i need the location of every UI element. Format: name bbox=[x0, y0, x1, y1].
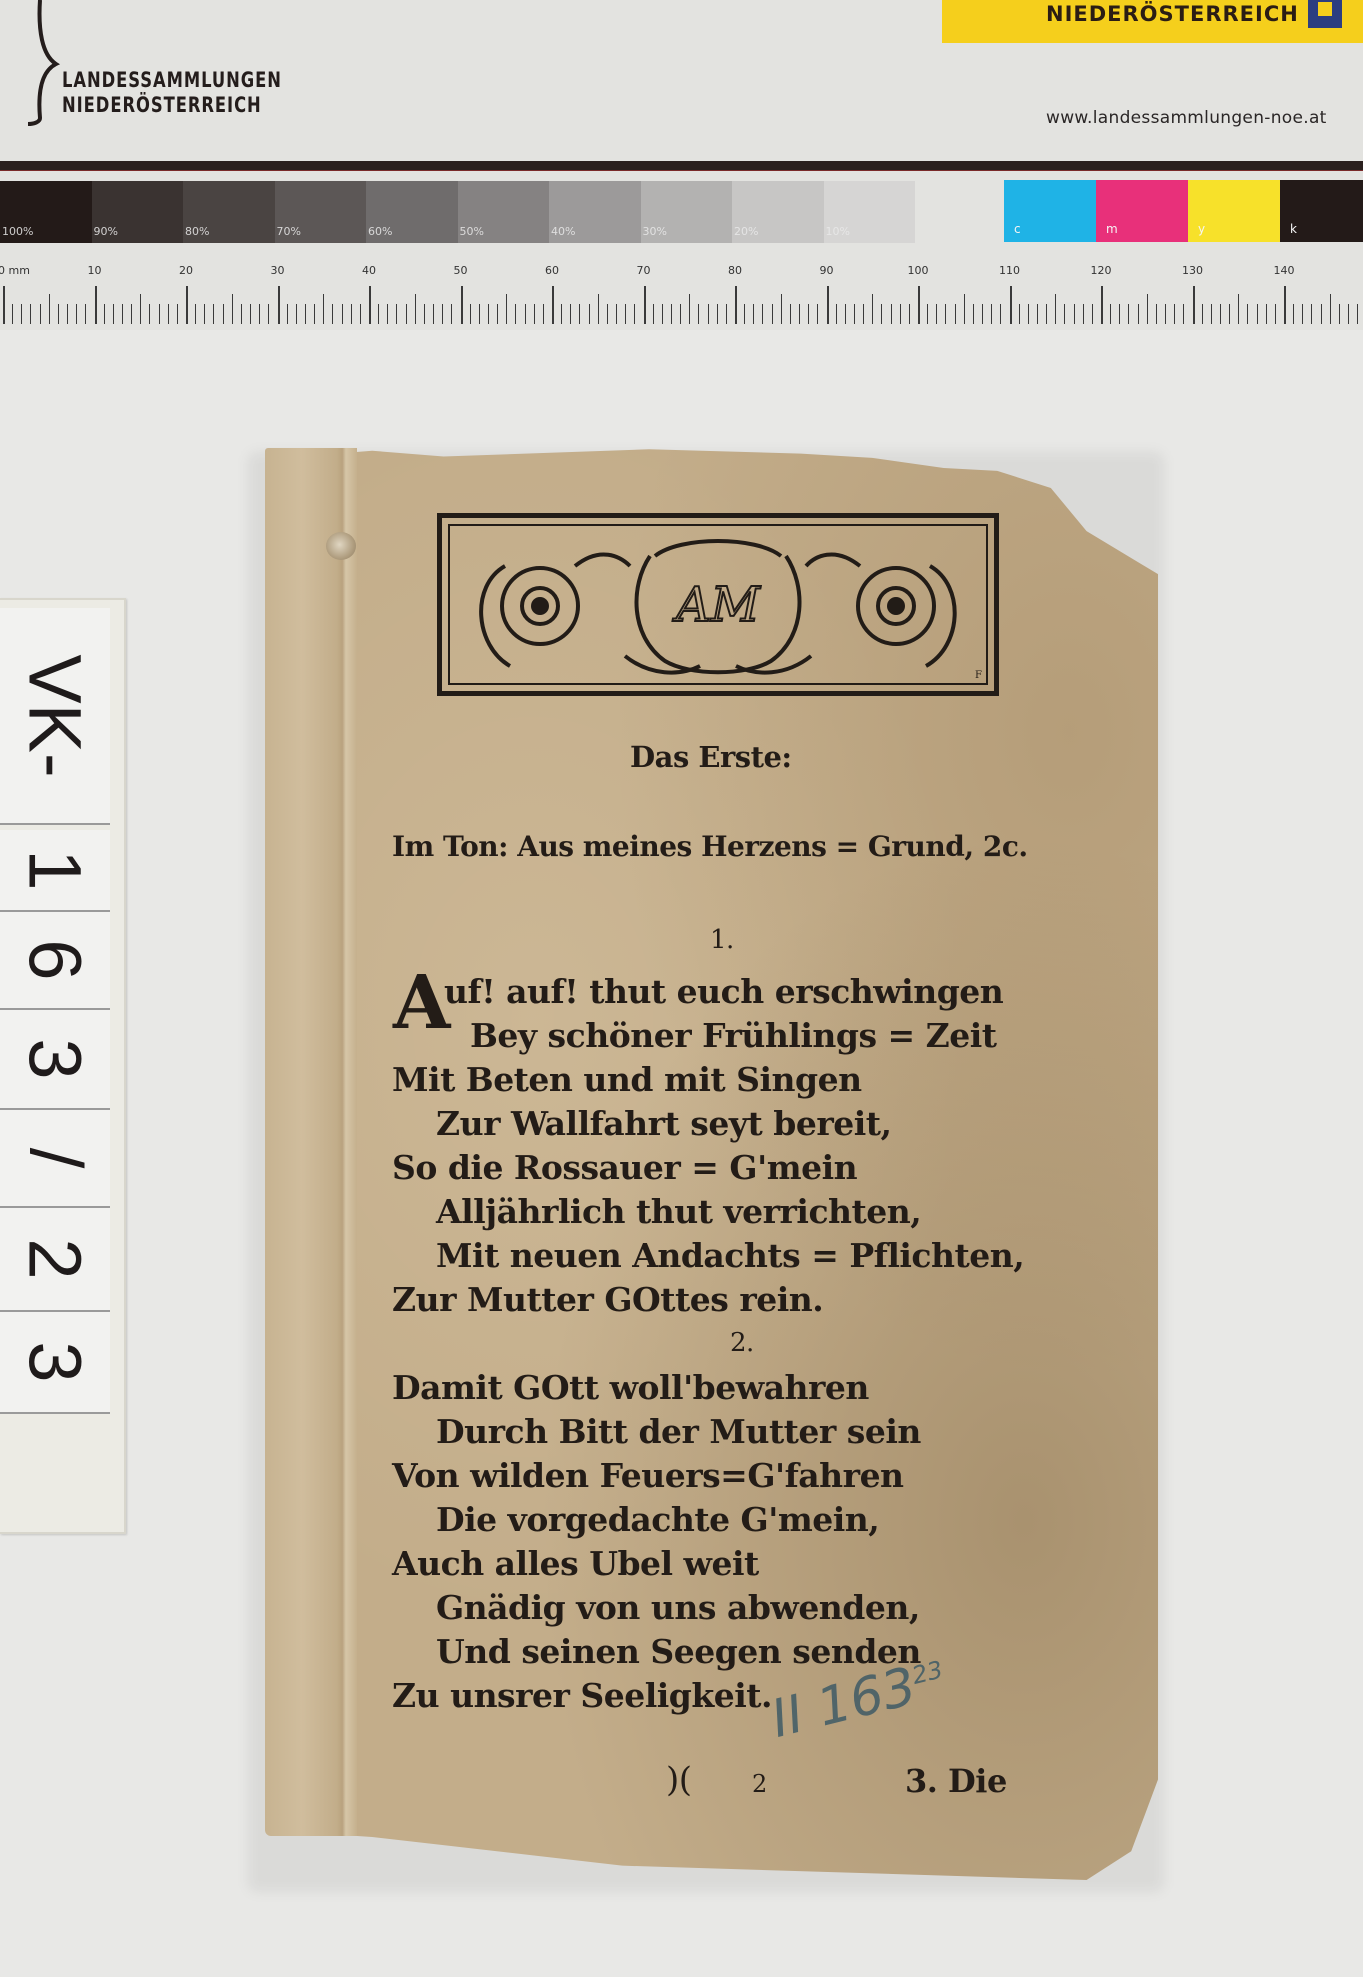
ruler-tick bbox=[1211, 304, 1212, 324]
gray-step: 30% bbox=[641, 181, 733, 243]
ruler-tick bbox=[1028, 304, 1029, 324]
ruler-tick bbox=[104, 304, 105, 324]
ruler-tick bbox=[1010, 286, 1012, 324]
verse-line: Die vorgedachte G'mein, bbox=[392, 1498, 921, 1542]
ruler-tick bbox=[662, 304, 663, 324]
gray-step: 50% bbox=[458, 181, 550, 243]
state-banner-text: NIEDERÖSTERREICH bbox=[1046, 2, 1299, 26]
ruler-tick bbox=[708, 304, 709, 324]
ruler-tick bbox=[680, 304, 681, 324]
ruler-tick bbox=[250, 304, 251, 324]
ruler-tick bbox=[991, 304, 992, 324]
ruler-number: 130 bbox=[1182, 264, 1203, 277]
divider-rule bbox=[0, 161, 1363, 171]
gray-step: 60% bbox=[366, 181, 458, 243]
state-emblem-icon bbox=[1308, 0, 1342, 28]
gray-step: 10% bbox=[824, 181, 916, 243]
ruler-tick bbox=[21, 304, 22, 324]
ruler-tick bbox=[314, 304, 315, 324]
verse-line: Bey schöner Frühlings = Zeit bbox=[444, 1014, 1003, 1058]
ruler-tick bbox=[204, 304, 205, 324]
ruler-number: 60 bbox=[545, 264, 559, 277]
ruler-tick bbox=[909, 304, 910, 324]
ruler-tick bbox=[442, 304, 443, 324]
ruler-tick bbox=[552, 286, 554, 324]
ruler-tick bbox=[479, 304, 480, 324]
ruler-tick bbox=[268, 304, 269, 324]
ruler-tick bbox=[332, 304, 333, 324]
label-tile: VK- bbox=[0, 608, 110, 825]
ruler-tick bbox=[653, 304, 654, 324]
ruler-tick bbox=[76, 304, 77, 324]
gray-step-label: 60% bbox=[368, 225, 392, 238]
ruler-tick bbox=[744, 304, 745, 324]
ruler-tick bbox=[213, 304, 214, 324]
ruler-tick bbox=[945, 304, 946, 324]
ruler-tick bbox=[387, 304, 388, 324]
ruler-tick bbox=[186, 286, 188, 324]
ruler-tick bbox=[570, 304, 571, 324]
ruler-tick bbox=[223, 304, 224, 324]
inventory-label-holder: VK-163/23 bbox=[0, 598, 126, 1534]
logo-line-2: NIEDERÖSTERREICH bbox=[62, 93, 282, 118]
ruler-tick bbox=[451, 304, 452, 324]
signature-number: 2 bbox=[752, 1770, 767, 1798]
ruler-tick bbox=[1293, 304, 1294, 324]
gray-step-label: 90% bbox=[94, 225, 118, 238]
verse-line: Mit Beten und mit Singen bbox=[392, 1058, 1024, 1102]
ruler-tick bbox=[525, 304, 526, 324]
label-tile-text: / bbox=[18, 1148, 92, 1169]
song-heading: Das Erste: bbox=[630, 740, 792, 774]
ruler-tick bbox=[278, 286, 280, 324]
ruler-tick bbox=[717, 304, 718, 324]
woodcut-ornament: AM F bbox=[437, 513, 999, 696]
ruler-tick bbox=[342, 304, 343, 324]
verse-line: Zur Wallfahrt seyt bereit, bbox=[392, 1102, 1024, 1146]
ruler-tick bbox=[259, 304, 260, 324]
ruler-tick bbox=[918, 286, 920, 324]
ruler-tick bbox=[424, 304, 425, 324]
ruler-tick bbox=[1183, 304, 1184, 324]
ruler-tick bbox=[854, 304, 855, 324]
gray-step-label: 50% bbox=[460, 225, 484, 238]
ruler-tick bbox=[799, 304, 800, 324]
ruler-tick bbox=[1193, 286, 1195, 324]
ruler-tick bbox=[1257, 304, 1258, 324]
ruler-tick bbox=[534, 304, 535, 324]
gray-step: 20% bbox=[732, 181, 824, 243]
label-tile-text: VK- bbox=[18, 654, 92, 777]
verse-line: Durch Bitt der Mutter sein bbox=[392, 1410, 921, 1454]
ruler-tick bbox=[827, 286, 829, 324]
verse-line: Gnädig von uns abwenden, bbox=[392, 1586, 921, 1630]
label-tile: 2 bbox=[0, 1208, 110, 1312]
gray-step-label: 80% bbox=[185, 225, 209, 238]
cmyk-patch: c bbox=[1004, 180, 1096, 242]
ruler-tick bbox=[113, 304, 114, 324]
cmyk-patch: m bbox=[1096, 180, 1188, 242]
ruler-tick bbox=[607, 304, 608, 324]
ruler-tick bbox=[241, 304, 242, 324]
cmyk-strip: cmyk bbox=[1004, 180, 1363, 242]
ruler-tick bbox=[369, 286, 371, 324]
ruler-tick bbox=[735, 286, 737, 324]
ruler-tick bbox=[506, 294, 507, 324]
gray-step-label: 30% bbox=[643, 225, 667, 238]
ruler-tick bbox=[49, 294, 50, 324]
ruler-tick bbox=[1284, 286, 1286, 324]
ruler-tick bbox=[836, 304, 837, 324]
ruler-tick bbox=[95, 286, 97, 324]
label-tile-text: 6 bbox=[18, 939, 92, 980]
ruler-tick bbox=[1046, 304, 1047, 324]
ruler-tick bbox=[772, 304, 773, 324]
ruler-tick bbox=[1119, 304, 1120, 324]
ruler-tick bbox=[67, 304, 68, 324]
ruler-tick bbox=[131, 304, 132, 324]
ruler-tick bbox=[900, 304, 901, 324]
gray-step-label: 100% bbox=[2, 225, 33, 238]
ruler-tick bbox=[762, 304, 763, 324]
ruler-tick bbox=[1128, 304, 1129, 324]
ruler-tick bbox=[1247, 304, 1248, 324]
gray-step: 80% bbox=[183, 181, 275, 243]
ruler-tick bbox=[543, 304, 544, 324]
ruler-tick bbox=[589, 304, 590, 324]
label-tile: 3 bbox=[0, 1312, 110, 1414]
ruler-tick bbox=[1019, 304, 1020, 324]
drop-capital: A bbox=[393, 966, 450, 1040]
ruler-tick bbox=[40, 304, 41, 324]
logo-line-1: LANDESSAMMLUNGEN bbox=[62, 68, 282, 93]
ruler-tick bbox=[1165, 304, 1166, 324]
catchword: 3. Die bbox=[905, 1762, 1007, 1800]
gray-step-label: 10% bbox=[826, 225, 850, 238]
mm-ruler: 0 mm 102030405060708090100110120130140 bbox=[0, 258, 1363, 328]
ruler-tick bbox=[3, 286, 5, 324]
ruler-number: 90 bbox=[820, 264, 834, 277]
verse-line: Von wilden Feuers=G'fahren bbox=[392, 1454, 921, 1498]
color-reference-card: LANDESSAMMLUNGEN NIEDERÖSTERREICH NIEDER… bbox=[0, 0, 1363, 330]
ruler-number: 120 bbox=[1091, 264, 1112, 277]
ruler-tick bbox=[1202, 304, 1203, 324]
floral-monogram-icon: AM bbox=[450, 526, 986, 681]
ruler-tick bbox=[964, 294, 965, 324]
gray-step-label: 40% bbox=[551, 225, 575, 238]
ruler-tick bbox=[396, 304, 397, 324]
label-tile-text: 1 bbox=[18, 849, 92, 890]
ruler-number: 20 bbox=[179, 264, 193, 277]
ruler-tick bbox=[296, 304, 297, 324]
stanza-1: uf! auf! thut euch erschwingen Bey schön… bbox=[444, 970, 1003, 1058]
ruler-tick bbox=[515, 304, 516, 324]
label-tile: 1 bbox=[0, 830, 110, 912]
ruler-tick bbox=[159, 304, 160, 324]
ruler-tick bbox=[1348, 304, 1349, 324]
ruler-tick bbox=[323, 294, 324, 324]
ruler-tick bbox=[891, 304, 892, 324]
ruler-tick bbox=[360, 304, 361, 324]
label-tile: 6 bbox=[0, 912, 110, 1010]
institution-logo-text: LANDESSAMMLUNGEN NIEDERÖSTERREICH bbox=[62, 68, 282, 118]
grayscale-strip: 100%90%80%70%60%50%40%30%20%10% bbox=[0, 181, 915, 243]
ruler-tick bbox=[30, 304, 31, 324]
stanza-number: 2. bbox=[730, 1328, 754, 1358]
ruler-tick bbox=[1092, 304, 1093, 324]
ruler-tick bbox=[1138, 304, 1139, 324]
svg-text:AM: AM bbox=[672, 577, 762, 633]
ruler-number: 80 bbox=[728, 264, 742, 277]
ruler-tick bbox=[1037, 304, 1038, 324]
ruler-tick bbox=[195, 304, 196, 324]
ruler-tick bbox=[433, 304, 434, 324]
ruler-tick bbox=[579, 304, 580, 324]
ruler-tick bbox=[936, 304, 937, 324]
ruler-tick bbox=[497, 304, 498, 324]
ruler-tick bbox=[1266, 304, 1267, 324]
ruler-tick bbox=[1064, 304, 1065, 324]
ruler-number: 100 bbox=[908, 264, 929, 277]
ruler-tick bbox=[177, 304, 178, 324]
ruler-number: 110 bbox=[999, 264, 1020, 277]
ruler-number: 30 bbox=[271, 264, 285, 277]
ruler-tick bbox=[305, 304, 306, 324]
ruler-tick bbox=[1339, 304, 1340, 324]
label-tile-text: 2 bbox=[18, 1238, 92, 1279]
label-tile: 3 bbox=[0, 1010, 110, 1110]
ruler-tick bbox=[1055, 294, 1056, 324]
ruler-tick bbox=[881, 304, 882, 324]
verse-line: Mit neuen Andachts = Pflichten, bbox=[392, 1234, 1024, 1278]
ruler-tick bbox=[598, 294, 599, 324]
ruler-number: 50 bbox=[454, 264, 468, 277]
ruler-tick bbox=[415, 294, 416, 324]
ruler-tick bbox=[1174, 304, 1175, 324]
signature-mark: )( bbox=[666, 1760, 692, 1800]
ruler-tick bbox=[1357, 304, 1358, 324]
verse-line: Damit GOtt woll'bewahren bbox=[392, 1366, 921, 1410]
ruler-number: 70 bbox=[637, 264, 651, 277]
ruler-tick bbox=[561, 304, 562, 324]
ruler-tick bbox=[85, 304, 86, 324]
ruler-tick bbox=[1302, 304, 1303, 324]
ruler-tick bbox=[12, 304, 13, 324]
label-tile-text: 3 bbox=[18, 1038, 92, 1079]
ruler-tick bbox=[149, 304, 150, 324]
verse-line: So die Rossauer = G'mein bbox=[392, 1146, 1024, 1190]
gray-step: 100% bbox=[0, 181, 92, 243]
verse-line: Auch alles Ubel weit bbox=[392, 1542, 921, 1586]
ruler-tick bbox=[973, 304, 974, 324]
ruler-tick bbox=[1101, 286, 1103, 324]
ruler-tick bbox=[1321, 304, 1322, 324]
ruler-tick bbox=[808, 304, 809, 324]
gray-step: 70% bbox=[275, 181, 367, 243]
ruler-tick bbox=[287, 304, 288, 324]
ruler-tick bbox=[470, 304, 471, 324]
ruler-tick bbox=[625, 304, 626, 324]
ruler-tick bbox=[698, 304, 699, 324]
ruler-tick bbox=[845, 304, 846, 324]
ruler-tick bbox=[378, 304, 379, 324]
ruler-tick bbox=[232, 294, 233, 324]
ruler-tick bbox=[1238, 294, 1239, 324]
ruler-tick bbox=[817, 304, 818, 324]
ruler-tick bbox=[616, 304, 617, 324]
verse-line: Und seinen Seegen senden bbox=[392, 1630, 921, 1674]
ruler-tick bbox=[781, 294, 782, 324]
label-tile-text: 3 bbox=[18, 1341, 92, 1382]
cmyk-patch-label: k bbox=[1290, 222, 1297, 236]
ruler-tick bbox=[406, 304, 407, 324]
ruler-tick bbox=[1275, 304, 1276, 324]
ruler-tick bbox=[351, 304, 352, 324]
website-url: www.landessammlungen-noe.at bbox=[1046, 108, 1327, 128]
ruler-tick bbox=[982, 304, 983, 324]
gray-step-label: 20% bbox=[734, 225, 758, 238]
ruler-tick bbox=[927, 304, 928, 324]
ruler-tick bbox=[488, 304, 489, 324]
ruler-tick bbox=[1083, 304, 1084, 324]
cmyk-patch: y bbox=[1188, 180, 1280, 242]
tune-instruction: Im Ton: Aus meines Herzens = Grund, 2c. bbox=[392, 830, 1028, 863]
ruler-tick bbox=[872, 294, 873, 324]
verse-line: Alljährlich thut verrichten, bbox=[392, 1190, 1024, 1234]
gray-step-label: 70% bbox=[277, 225, 301, 238]
ruler-unit-label: 0 mm bbox=[0, 264, 30, 277]
gray-step: 90% bbox=[92, 181, 184, 243]
label-tile: / bbox=[0, 1110, 110, 1208]
verse-line: Zur Mutter GOttes rein. bbox=[392, 1278, 1024, 1322]
ruler-tick bbox=[122, 304, 123, 324]
ruler-tick bbox=[671, 304, 672, 324]
ruler-tick bbox=[790, 304, 791, 324]
stitch-knot-icon bbox=[326, 532, 356, 560]
ruler-tick bbox=[634, 304, 635, 324]
ruler-tick bbox=[1156, 304, 1157, 324]
ruler-tick bbox=[726, 304, 727, 324]
ruler-tick bbox=[1330, 294, 1331, 324]
ruler-tick bbox=[461, 286, 463, 324]
ruler-tick bbox=[1110, 304, 1111, 324]
stanza-1-continued: Mit Beten und mit Singen Zur Wallfahrt s… bbox=[392, 1058, 1024, 1322]
ruler-tick bbox=[1000, 304, 1001, 324]
ruler-number: 140 bbox=[1274, 264, 1295, 277]
ruler-number: 10 bbox=[88, 264, 102, 277]
ruler-tick bbox=[1311, 304, 1312, 324]
verse-line: uf! auf! thut euch erschwingen bbox=[444, 970, 1003, 1014]
ruler-tick bbox=[1229, 304, 1230, 324]
ruler-tick bbox=[168, 304, 169, 324]
ruler-tick bbox=[58, 304, 59, 324]
stanza-2: Damit GOtt woll'bewahren Durch Bitt der … bbox=[392, 1366, 921, 1718]
gray-step: 40% bbox=[549, 181, 641, 243]
cmyk-patch-label: c bbox=[1014, 222, 1021, 236]
ruler-tick bbox=[644, 286, 646, 324]
brace-logo-icon bbox=[26, 0, 66, 126]
ruler-tick bbox=[955, 304, 956, 324]
ruler-tick bbox=[1220, 304, 1221, 324]
ruler-tick bbox=[1074, 304, 1075, 324]
ruler-tick bbox=[140, 294, 141, 324]
stanza-number: 1. bbox=[710, 925, 734, 955]
ruler-tick bbox=[863, 304, 864, 324]
ruler-tick bbox=[689, 294, 690, 324]
cmyk-patch-label: m bbox=[1106, 222, 1118, 236]
cmyk-patch: k bbox=[1280, 180, 1363, 242]
ruler-tick bbox=[1147, 294, 1148, 324]
binding-strip bbox=[265, 448, 357, 1836]
engraver-initial: F bbox=[975, 670, 982, 681]
ruler-number: 40 bbox=[362, 264, 376, 277]
ruler-tick bbox=[753, 304, 754, 324]
cmyk-patch-label: y bbox=[1198, 222, 1205, 236]
